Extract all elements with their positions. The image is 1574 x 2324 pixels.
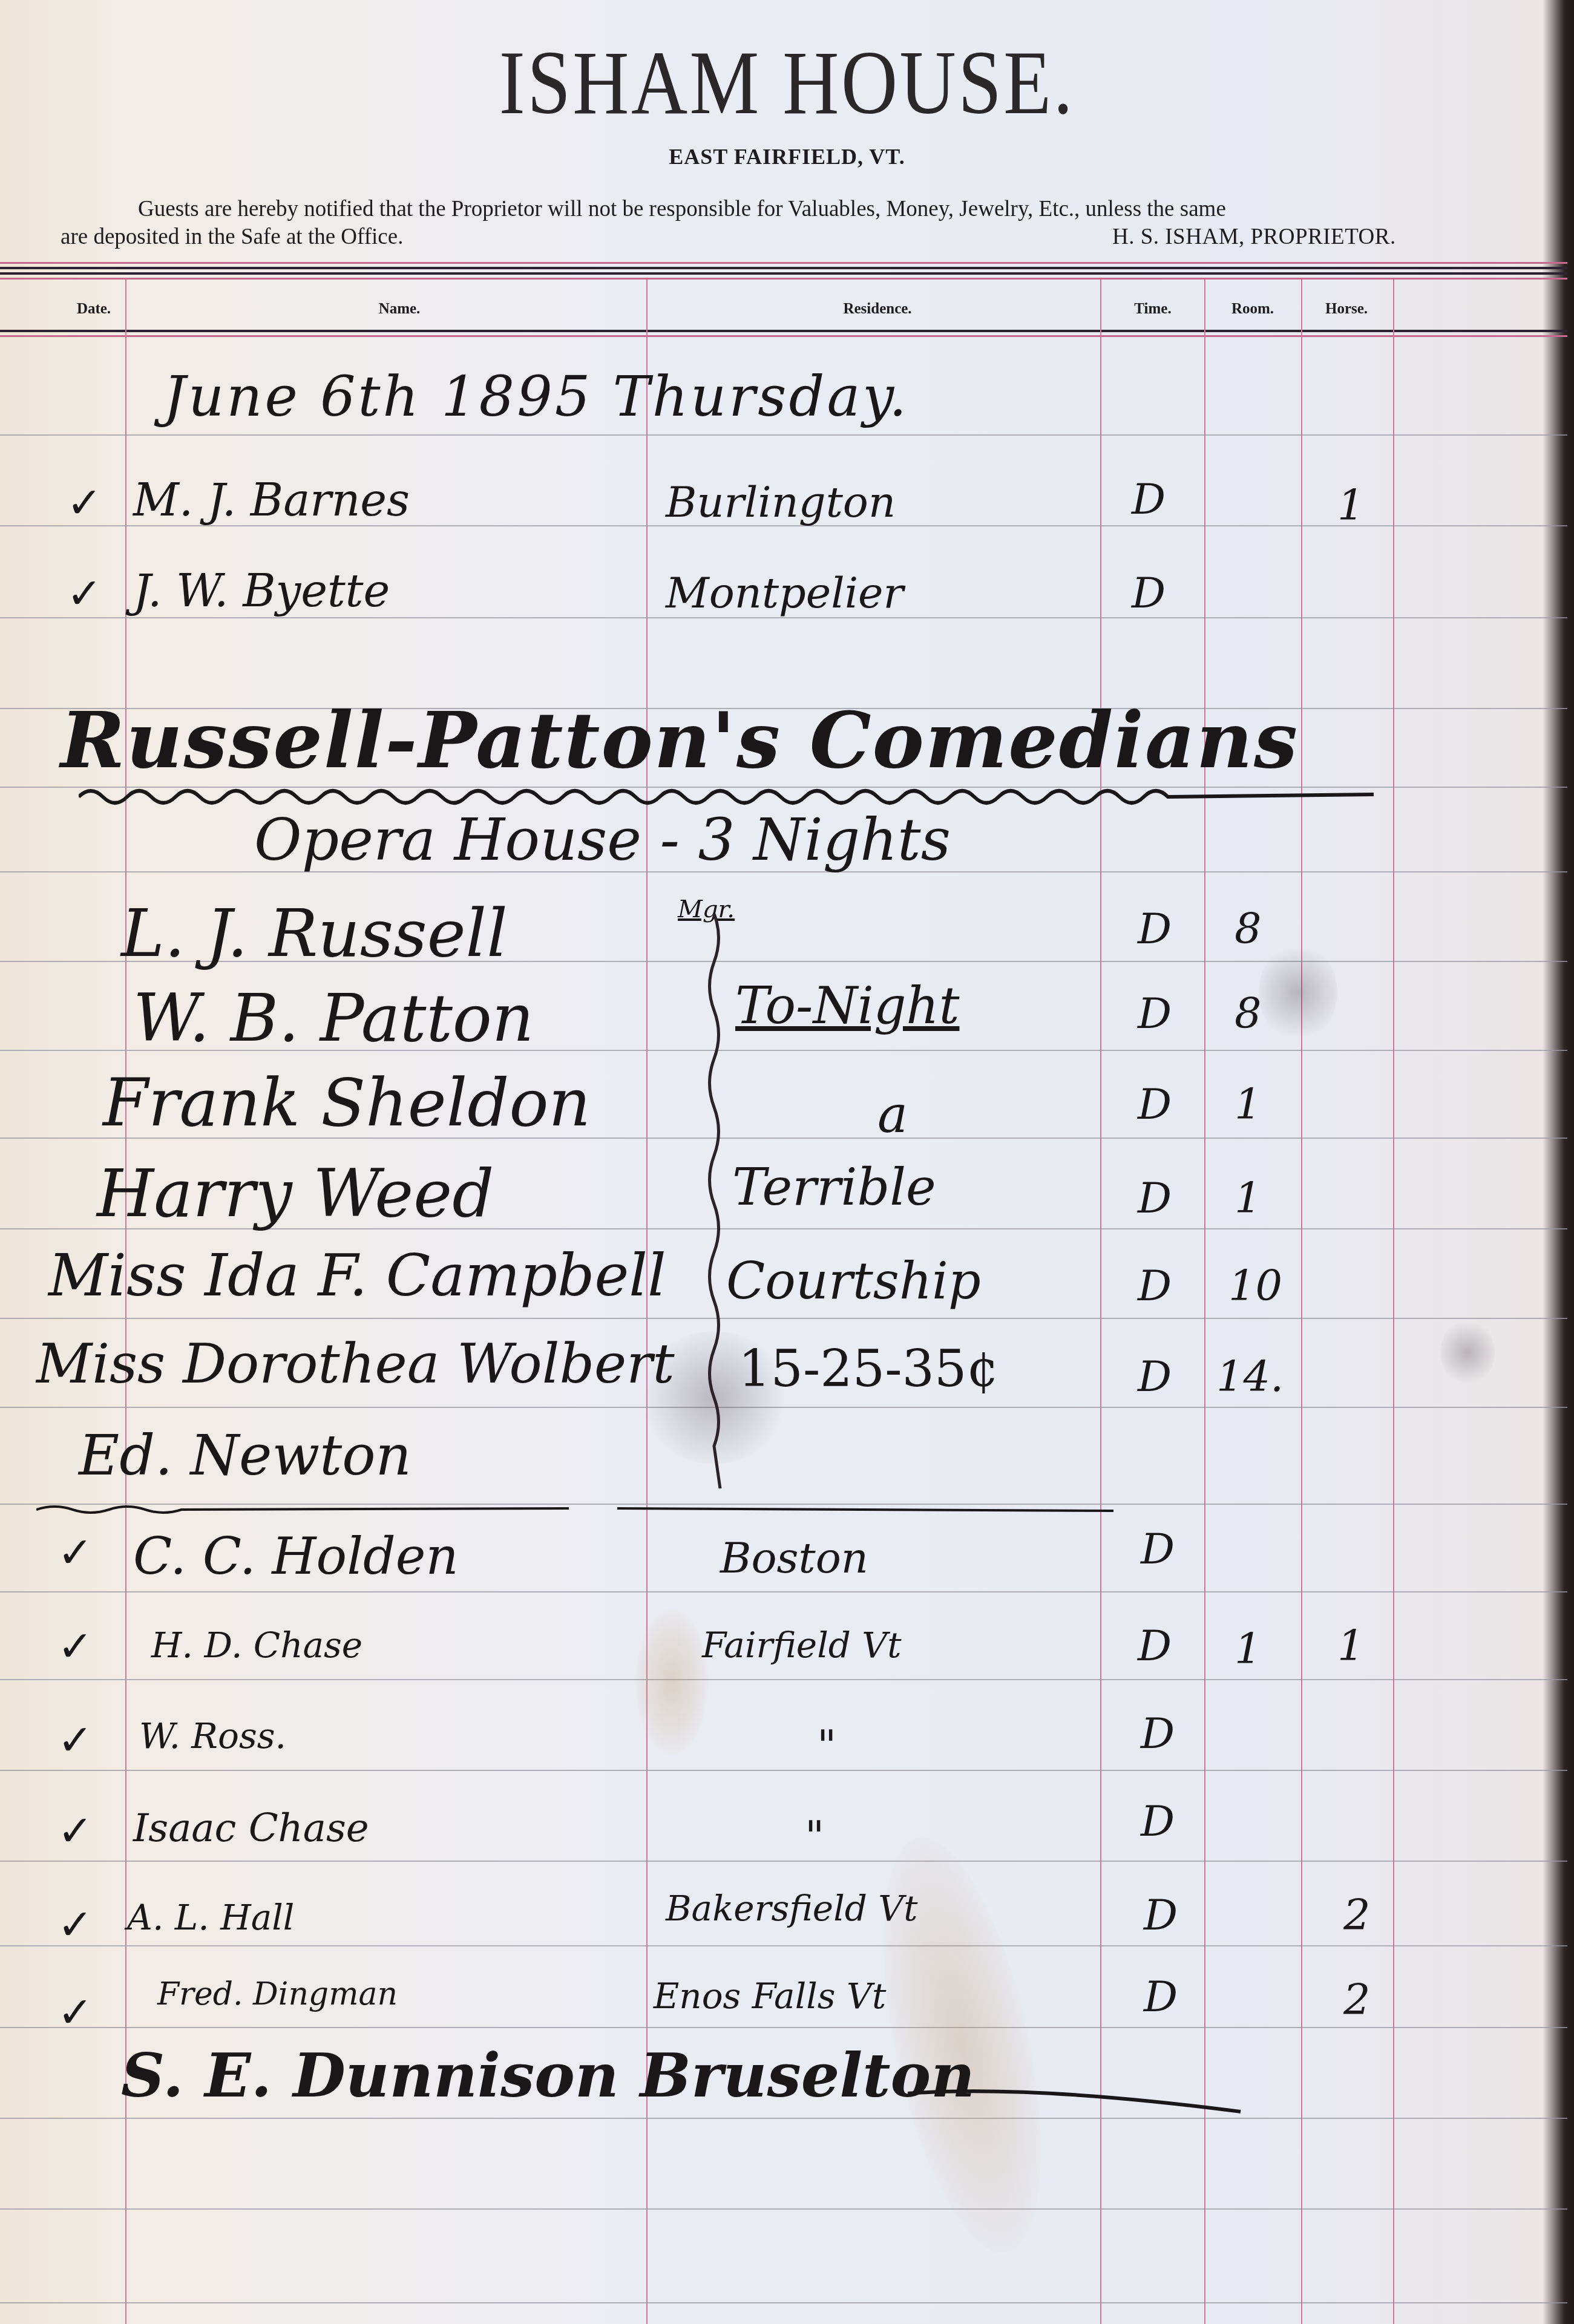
guest-name: A. L. Hall	[127, 1900, 294, 1935]
guest-time: D	[1132, 478, 1166, 520]
member-name: Ed. Newton	[79, 1428, 412, 1484]
member-name: Miss Dorothea Wolbert	[36, 1337, 675, 1392]
bracket-text: To-Night	[735, 980, 959, 1031]
guest-time: D	[1138, 1625, 1172, 1667]
signature: S. E. Dunnison Bruselton	[121, 2045, 975, 2106]
guest-time: D	[1144, 1894, 1178, 1936]
guest-residence: Montpelier	[666, 572, 903, 614]
row-rule	[0, 1591, 1567, 1592]
bracket-text: 15-25-35¢	[738, 1343, 999, 1394]
guest-time: D	[1132, 572, 1166, 614]
member-room: 14.	[1216, 1355, 1284, 1398]
member-name: Miss Ida F. Campbell	[48, 1246, 666, 1304]
check-mark-icon: ✓	[67, 569, 102, 618]
member-time: D	[1138, 992, 1172, 1035]
row-rule	[0, 2208, 1567, 2210]
smudge	[635, 1609, 708, 1755]
member-room: 1	[1235, 1083, 1262, 1125]
check-mark-icon: ✓	[67, 478, 102, 528]
column-header-horse: Horse.	[1307, 301, 1386, 318]
guest-horse: 1	[1337, 484, 1365, 526]
header-rule-bottom	[0, 330, 1567, 340]
notice-line-1: Guests are hereby notified that the Prop…	[61, 195, 1513, 223]
troupe-title: Russell-Patton's Comedians	[61, 702, 1299, 779]
member-name: Harry Weed	[97, 1162, 494, 1227]
guest-residence: Burlington	[666, 481, 896, 523]
guest-residence: Fairfield Vt	[702, 1628, 901, 1663]
guest-residence: Enos Falls Vt	[654, 1979, 886, 2014]
bracket-text: Courtship	[726, 1255, 981, 1306]
bracket-brace	[696, 914, 732, 1488]
member-time: D	[1138, 908, 1172, 950]
row-rule	[0, 2027, 1567, 2028]
guest-name: Isaac Chase	[133, 1809, 369, 1848]
date-heading: June 6th 1895 Thursday.	[163, 369, 909, 425]
guest-name: M. J. Barnes	[133, 478, 410, 523]
troupe-end-rule	[36, 1504, 1126, 1516]
guest-name: C. C. Holden	[133, 1531, 459, 1582]
header-rule-top	[0, 262, 1567, 283]
guest-name: H. D. Chase	[151, 1628, 362, 1663]
guest-name: W. Ross.	[139, 1718, 286, 1753]
member-time: D	[1138, 1177, 1172, 1219]
row-rule	[0, 1318, 1567, 1319]
troupe-subtitle: Opera House - 3 Nights	[254, 811, 951, 869]
member-time: D	[1138, 1083, 1172, 1125]
column-divider-residence	[1100, 280, 1101, 2324]
member-time: D	[1138, 1355, 1172, 1398]
check-mark-icon: ✓	[57, 1806, 93, 1856]
guest-time: D	[1144, 1975, 1178, 2018]
check-mark-icon: ✓	[57, 1988, 93, 2037]
member-room: 8	[1235, 992, 1262, 1035]
member-time: D	[1138, 1265, 1172, 1307]
row-rule	[0, 1770, 1567, 1771]
guest-residence: "	[817, 1724, 836, 1767]
guest-room: 1	[1235, 1628, 1262, 1670]
member-name: W. B. Patton	[133, 986, 534, 1052]
column-header-residence: Residence.	[787, 301, 968, 318]
column-divider-horse	[1393, 280, 1394, 2324]
member-room: 8	[1235, 908, 1262, 950]
troupe-title-underline	[79, 784, 1380, 808]
column-header-date: Date.	[67, 301, 121, 318]
row-rule	[0, 2118, 1567, 2119]
guest-horse: 1	[1337, 1625, 1365, 1667]
row-rule	[0, 1679, 1567, 1680]
row-rule	[0, 1945, 1567, 1946]
member-room: 1	[1235, 1177, 1262, 1219]
hotel-register-page: ISHAM HOUSE. EAST FAIRFIELD, VT. Guests …	[0, 0, 1574, 2324]
member-room: 10	[1228, 1265, 1282, 1307]
row-rule	[0, 434, 1567, 436]
check-mark-icon: ✓	[57, 1622, 93, 1671]
signature-flourish	[908, 2081, 1247, 2118]
guest-horse: 2	[1343, 1894, 1371, 1936]
proprietor-line: H. S. ISHAM, PROPRIETOR.	[1112, 224, 1396, 250]
guest-horse: 2	[1343, 1979, 1371, 2021]
ink-spatter	[1259, 944, 1337, 1041]
column-header-time: Time.	[1113, 301, 1192, 318]
row-rule	[0, 2302, 1567, 2303]
hotel-title: ISHAM HOUSE.	[110, 38, 1464, 128]
bracket-text: a	[877, 1089, 908, 1140]
column-divider-time	[1204, 280, 1205, 2324]
bracket-text: Terrible	[732, 1162, 936, 1213]
guest-residence: Boston	[720, 1537, 868, 1579]
check-mark-icon: ✓	[57, 1900, 93, 1949]
guest-time: D	[1141, 1712, 1175, 1755]
column-header-room: Room.	[1213, 301, 1292, 318]
member-name: Frank Sheldon	[103, 1071, 591, 1136]
check-mark-icon: ✓	[57, 1715, 93, 1765]
guest-time: D	[1141, 1528, 1175, 1570]
row-rule	[0, 1861, 1567, 1862]
ink-spatter	[1440, 1319, 1495, 1386]
guest-name: J. W. Byette	[133, 569, 390, 614]
column-divider-room	[1301, 280, 1302, 2324]
check-mark-icon: ✓	[57, 1528, 93, 1577]
column-header-name: Name.	[351, 301, 448, 318]
hotel-location: EAST FAIRFIELD, VT.	[0, 144, 1574, 169]
guest-time: D	[1141, 1800, 1175, 1842]
guest-residence: "	[805, 1815, 824, 1858]
guest-name: Fred. Dingman	[157, 1979, 398, 2010]
member-name: L. J. Russell	[121, 902, 508, 967]
guest-residence: Bakersfield Vt	[666, 1891, 917, 1926]
